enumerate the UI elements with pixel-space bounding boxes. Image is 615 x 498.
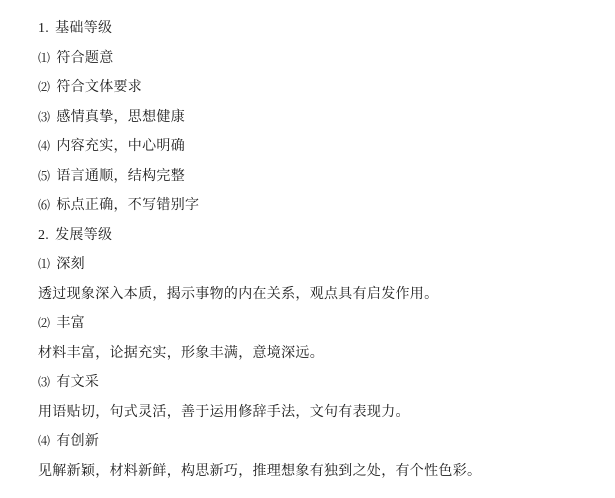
item-marker: ⑵ <box>38 80 50 94</box>
item-description: 用语贴切，句式灵活，善于运用修辞手法，文句有表现力。 <box>38 398 608 428</box>
item-description: 见解新颖，材料新鲜，构思新巧，推理想象有独到之处，有个性色彩。 <box>38 457 608 487</box>
item-label: 感情真挚，思想健康 <box>56 109 185 125</box>
item-marker: ⑷ <box>38 139 50 153</box>
item-label: 内容充实，中心明确 <box>56 138 185 154</box>
section-heading: 1.基础等级 <box>38 14 608 44</box>
list-item: ⑷内容充实，中心明确 <box>38 132 608 162</box>
item-label: 有文采 <box>56 374 99 390</box>
list-item: ⑴深刻 <box>38 250 608 280</box>
item-label: 语言通顺，结构完整 <box>56 168 185 184</box>
document-body: 1.基础等级 ⑴符合题意 ⑵符合文体要求 ⑶感情真挚，思想健康 ⑷内容充实，中心… <box>38 14 608 486</box>
list-item: ⑵丰富 <box>38 309 608 339</box>
list-item: ⑸语言通顺，结构完整 <box>38 162 608 192</box>
item-marker: ⑴ <box>38 51 50 65</box>
item-label: 标点正确，不写错别字 <box>56 197 199 213</box>
section-heading: 2.发展等级 <box>38 221 608 251</box>
section-title: 发展等级 <box>55 227 112 243</box>
list-item: ⑷有创新 <box>38 427 608 457</box>
list-item: ⑵符合文体要求 <box>38 73 608 103</box>
item-marker: ⑹ <box>38 198 50 212</box>
item-marker: ⑷ <box>38 434 50 448</box>
item-label: 符合题意 <box>56 50 113 66</box>
item-marker: ⑸ <box>38 169 50 183</box>
item-description: 材料丰富，论据充实，形象丰满，意境深远。 <box>38 339 608 369</box>
list-item: ⑹标点正确，不写错别字 <box>38 191 608 221</box>
item-label: 深刻 <box>56 256 85 272</box>
list-item: ⑶有文采 <box>38 368 608 398</box>
item-label: 符合文体要求 <box>56 79 142 95</box>
item-marker: ⑶ <box>38 375 50 389</box>
list-item: ⑶感情真挚，思想健康 <box>38 103 608 133</box>
list-item: ⑴符合题意 <box>38 44 608 74</box>
item-marker: ⑴ <box>38 257 50 271</box>
item-description: 透过现象深入本质，揭示事物的内在关系，观点具有启发作用。 <box>38 280 608 310</box>
item-label: 丰富 <box>56 315 85 331</box>
section-number: 1. <box>38 21 49 36</box>
item-marker: ⑶ <box>38 110 50 124</box>
section-number: 2. <box>38 228 49 243</box>
item-marker: ⑵ <box>38 316 50 330</box>
item-label: 有创新 <box>56 433 99 449</box>
section-title: 基础等级 <box>55 20 112 36</box>
